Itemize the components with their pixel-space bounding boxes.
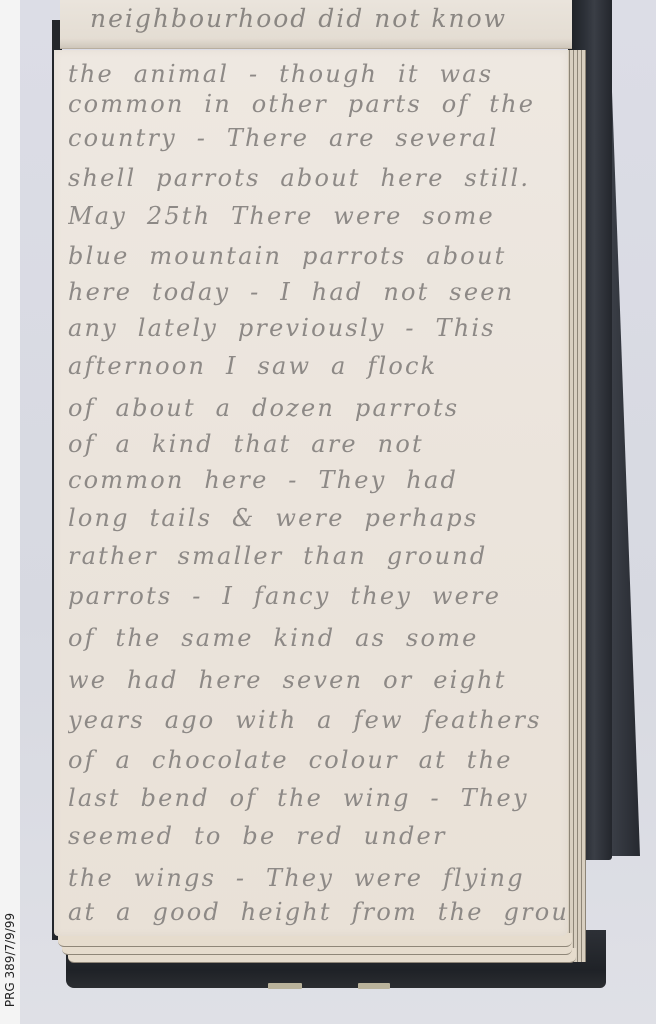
left-margin-strip xyxy=(0,0,20,1024)
clasp-right xyxy=(358,983,390,989)
handwritten-line: of a kind that are not xyxy=(68,424,566,464)
handwritten-line: shell parrots about here still. xyxy=(68,158,566,198)
handwritten-line: May 25th There were some xyxy=(68,196,566,236)
handwritten-line: last bend of the wing - They xyxy=(68,778,566,818)
folded-page-text: neighbourhood did not know xyxy=(90,4,570,33)
handwritten-line: rather smaller than ground xyxy=(68,536,566,576)
handwritten-line: parrots - I fancy they were xyxy=(68,576,566,616)
handwritten-line: afternoon I saw a flock xyxy=(68,346,566,386)
notebook-page: the animal - though it was common in oth… xyxy=(54,50,568,936)
handwritten-line: common here - They had xyxy=(68,460,566,500)
handwritten-line: here today - I had not seen xyxy=(68,272,566,312)
handwritten-line: long tails & were perhaps xyxy=(68,498,566,538)
handwritten-line: of the same kind as some xyxy=(68,618,566,658)
handwritten-line: of about a dozen parrots xyxy=(68,388,566,428)
handwritten-line: of a chocolate colour at the xyxy=(68,740,566,780)
folded-top-page: neighbourhood did not know xyxy=(60,0,572,49)
handwritten-line: country - There are several xyxy=(68,118,566,158)
handwritten-line: years ago with a few feathers xyxy=(68,700,566,740)
handwritten-line: at a good height from the ground xyxy=(68,892,566,932)
handwritten-line: any lately previously - This xyxy=(68,308,566,348)
clasp-left xyxy=(268,983,302,989)
archive-reference-label: PRG 389/7/9/99 xyxy=(0,908,20,1012)
handwritten-line: seemed to be red under xyxy=(68,816,566,856)
handwritten-line: blue mountain parrots about xyxy=(68,236,566,276)
handwritten-line: we had here seven or eight xyxy=(68,660,566,700)
page-stack-side xyxy=(566,50,586,962)
